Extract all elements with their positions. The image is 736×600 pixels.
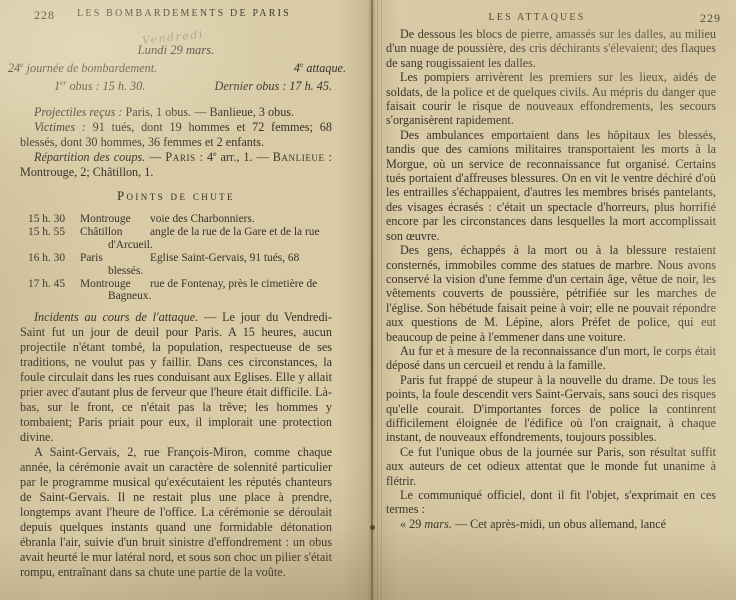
body-paragraph: Paris fut frappé de stupeur à la nouvell… [386, 373, 716, 445]
communique-quote-paragraph: « 29 mars. — Cet après-midi, un obus all… [386, 517, 716, 531]
right-page-header: LES ATTAQUES 229 [368, 0, 736, 26]
dernier-obus-label: Dernier obus : 17 h. 45. [215, 79, 332, 94]
points-de-chute-table: 15 h. 30Montrougevoie des Charbonniers. … [20, 213, 332, 303]
left-page-header: 228 LES BOMBARDEMENTS DE PARIS [0, 0, 368, 26]
table-row: 16 h. 30ParisEglise Saint-Gervais, 91 tu… [20, 252, 332, 278]
chute-desc: voie des Charbonniers. [150, 213, 255, 225]
incidents-block: Incidents au cours de l'attaque. — Le jo… [20, 310, 332, 580]
left-running-title: LES BOMBARDEMENTS DE PARIS [40, 8, 328, 19]
book-spread: 228 LES BOMBARDEMENTS DE PARIS Vendredi … [0, 0, 736, 600]
chute-place: Montrouge [80, 213, 150, 226]
binding-speck [370, 525, 375, 530]
right-page-number: 229 [700, 11, 721, 26]
chute-time: 15 h. 55 [28, 226, 80, 239]
chute-place: Montrouge [80, 278, 150, 291]
chute-time: 17 h. 45 [28, 278, 80, 291]
right-running-title: LES ATTAQUES [398, 12, 676, 23]
right-page-content: De dessous les blocs de pierre, amassés … [386, 27, 716, 531]
body-paragraph: Au fur et à mesure de la reconnaissance … [386, 344, 716, 373]
chute-time: 15 h. 30 [28, 213, 80, 226]
attaque-label: 4e attaque. [294, 61, 346, 76]
body-paragraph: Des ambulances emportaient dans les hôpi… [386, 128, 716, 243]
table-row: 17 h. 45Montrougerue de Fontenay, près l… [20, 278, 332, 304]
victimes-paragraph: Victimes : 91 tués, dont 19 hommes et 72… [20, 120, 332, 150]
table-row: 15 h. 55Châtillonangle de la rue de la G… [20, 226, 332, 252]
body-paragraph: De dessous les blocs de pierre, amassés … [386, 27, 716, 70]
obus-times-line: 1er obus : 15 h. 30. Dernier obus : 17 h… [20, 79, 332, 94]
page-right: LES ATTAQUES 229 De dessous les blocs de… [368, 0, 736, 600]
page-edge-line [377, 0, 378, 600]
date-heading: Lundi 29 mars. [20, 43, 332, 58]
statistics-block: Projectiles reçus : Paris, 1 obus. — Ban… [20, 105, 332, 180]
body-paragraph: Les pompiers arrivèrent les premiers sur… [386, 70, 716, 128]
body-paragraph: Des gens, échappés à la mort ou à la ble… [386, 243, 716, 344]
body-paragraph: Ce fut l'unique obus de la journée sur P… [386, 445, 716, 488]
body-paragraph: Le communiqué officiel, dont il fit l'ob… [386, 488, 716, 517]
incidents-paragraph: Incidents au cours de l'attaque. — Le jo… [20, 310, 332, 445]
left-page-content: Lundi 29 mars. 24e journée de bombardeme… [20, 43, 332, 580]
repartition-paragraph: Répartition des coups. — Paris : 4e arr.… [20, 150, 332, 180]
projectiles-paragraph: Projectiles reçus : Paris, 1 obus. — Ban… [20, 105, 332, 120]
chute-place: Châtillon [80, 226, 150, 239]
chute-time: 16 h. 30 [28, 252, 80, 265]
fold-line [371, 0, 373, 600]
day-attack-line: 24e journée de bombardement. 4e attaque. [8, 61, 346, 76]
points-de-chute-heading: Points de chute [20, 189, 332, 204]
premier-obus-label: 1er obus : 15 h. 30. [54, 79, 145, 94]
chute-place: Paris [80, 252, 150, 265]
journee-label: 24e journée de bombardement. [8, 61, 157, 76]
page-edge-line [381, 0, 382, 600]
table-row: 15 h. 30Montrougevoie des Charbonniers. [20, 213, 332, 226]
page-left: 228 LES BOMBARDEMENTS DE PARIS Vendredi … [0, 0, 368, 600]
saint-gervais-paragraph: A Saint-Gervais, 2, rue François-Miron, … [20, 445, 332, 580]
